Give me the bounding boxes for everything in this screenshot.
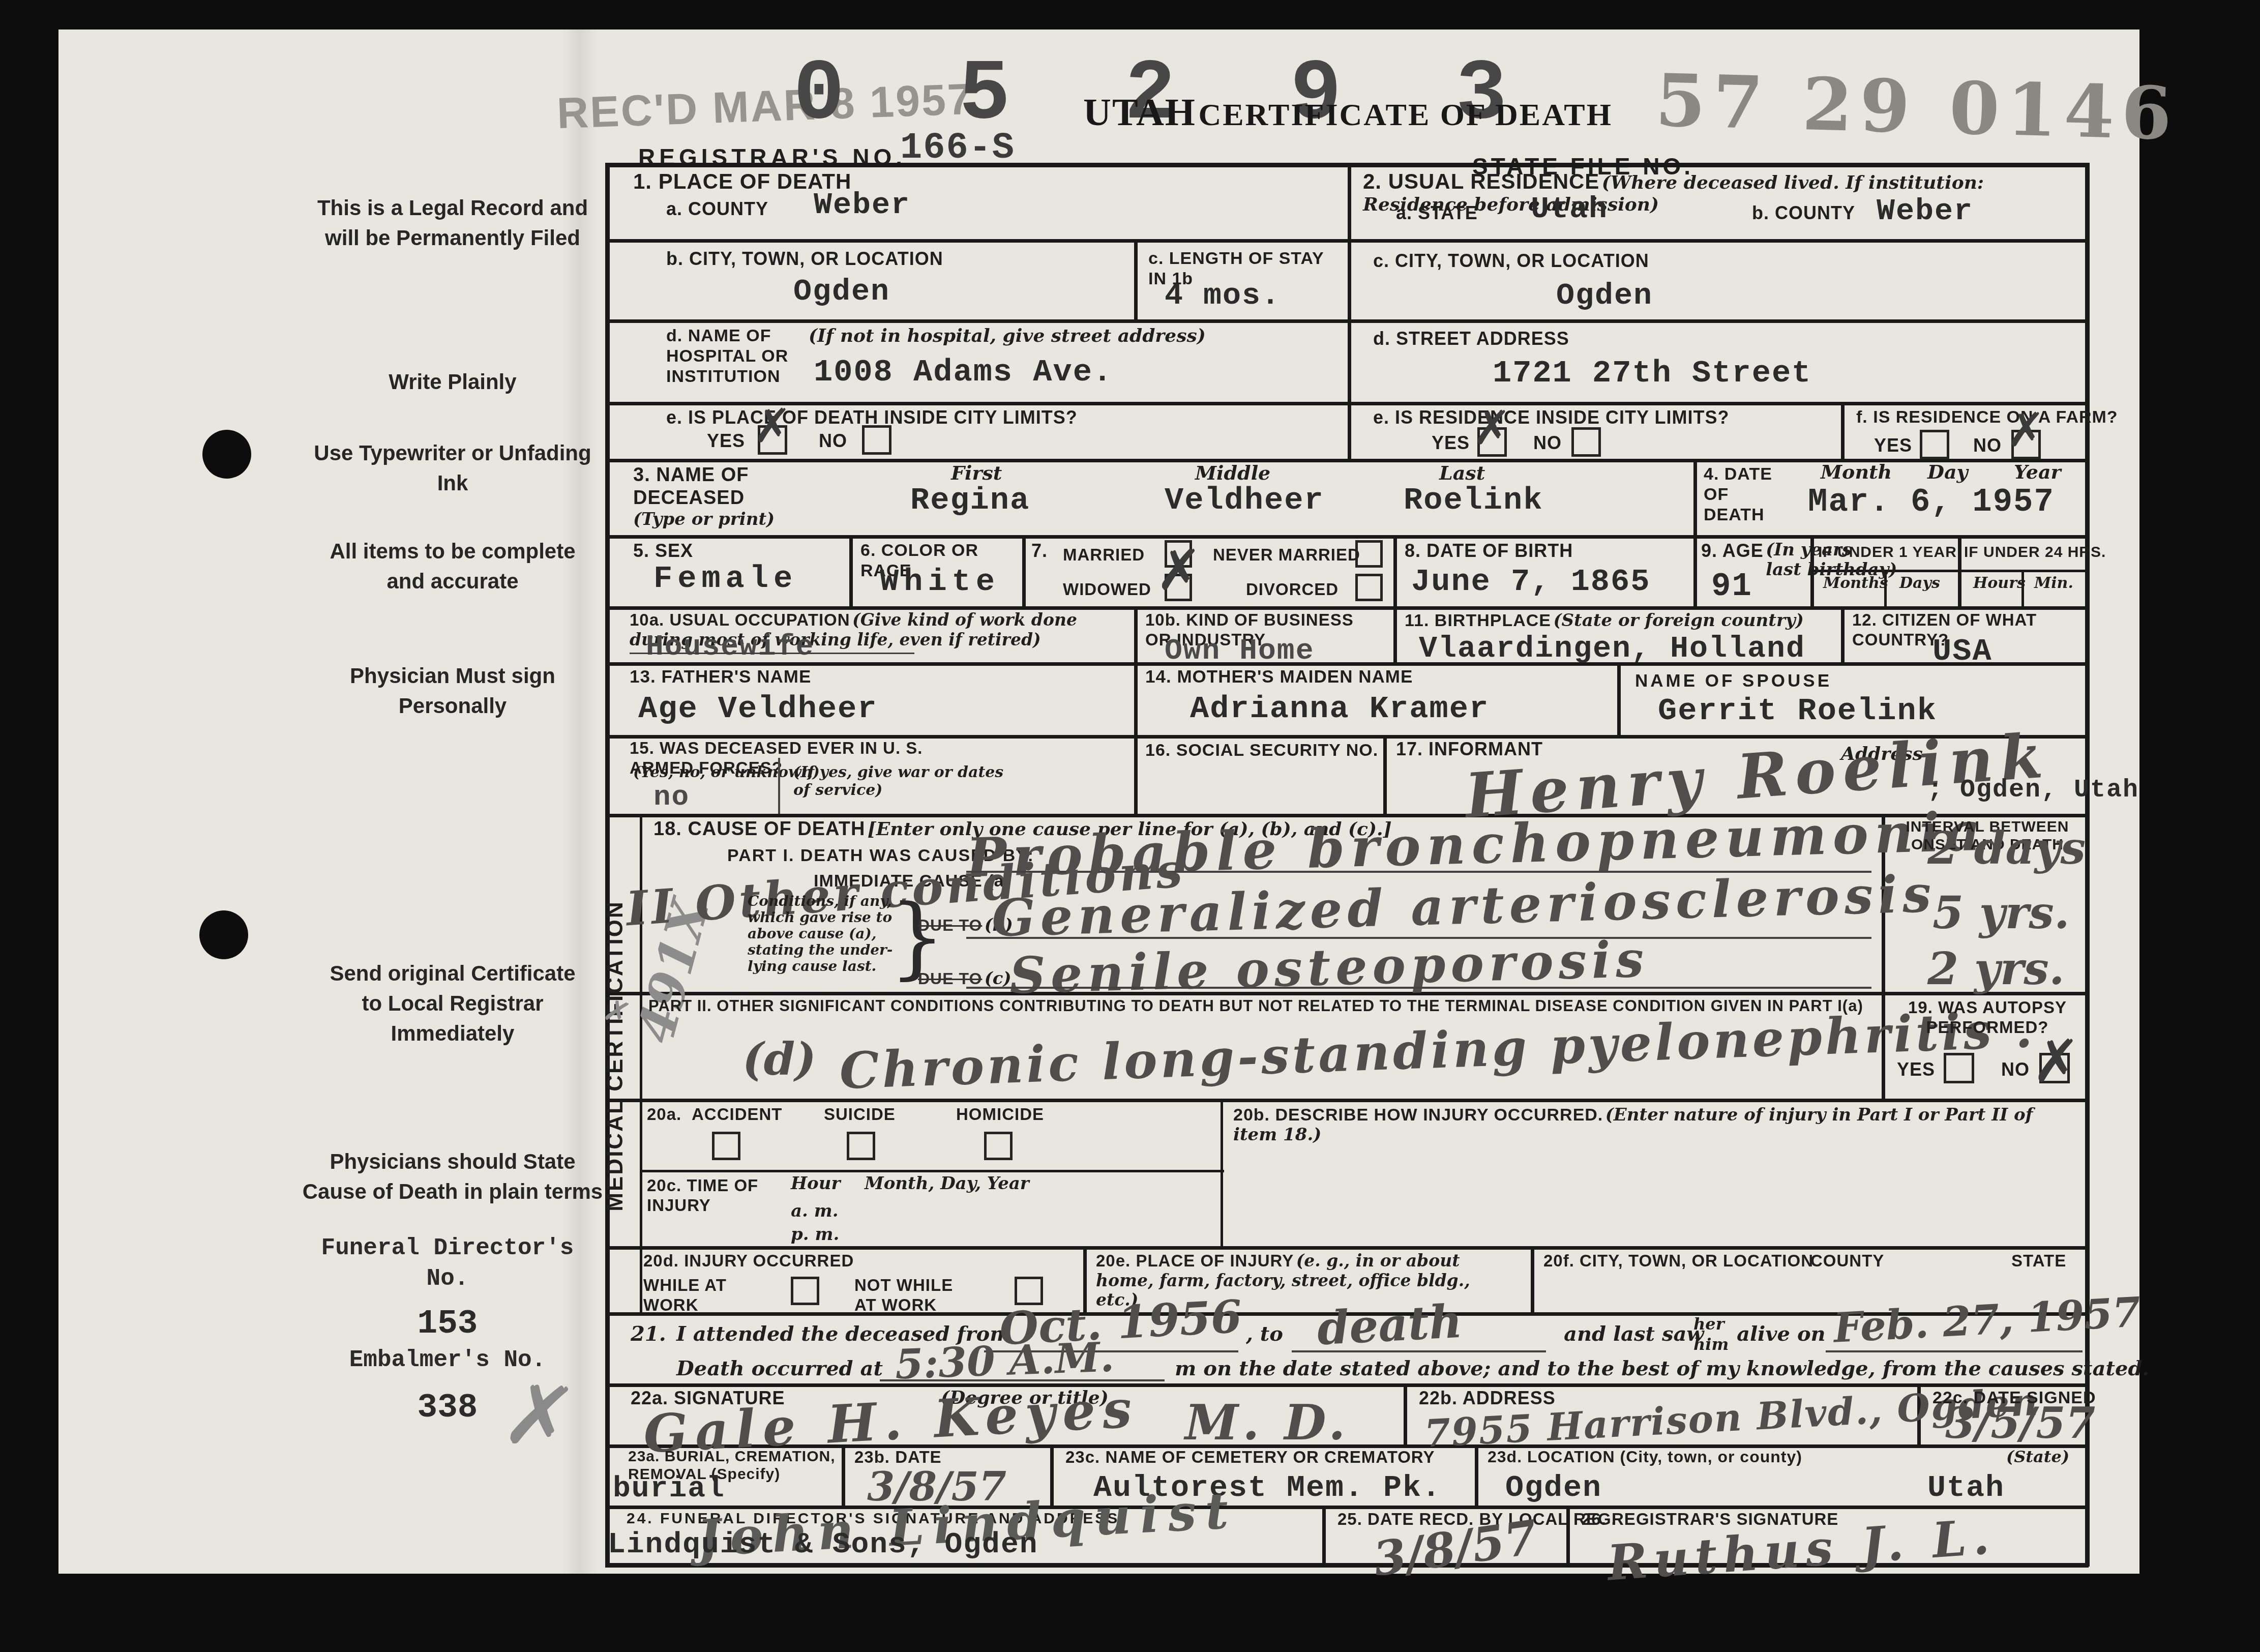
- death-occurred-text: Death occurred at: [676, 1357, 883, 1380]
- item11-birthplace-value: Vlaardingen, Holland: [1419, 632, 1805, 666]
- him-label: him: [1693, 1335, 1729, 1354]
- due-to-c-label: DUE TO (c): [918, 969, 1012, 989]
- month-day-year-label: Month, Day, Year: [865, 1174, 1029, 1194]
- item7-widowed-label: WIDOWED: [1063, 580, 1151, 600]
- homicide-checkbox: [984, 1132, 1013, 1160]
- not-while-at-work-label: NOT WHILE AT WORK: [854, 1276, 953, 1315]
- item2f-no-x-mark: ✗: [2006, 407, 2045, 454]
- county-column-label: COUNTY: [1810, 1251, 1884, 1271]
- am-label: a. m.: [791, 1201, 839, 1221]
- item2b-label: b. COUNTY: [1752, 202, 1855, 224]
- item2d-street-value: 1721 27th Street: [1493, 355, 1811, 391]
- item1d-label: d. NAME OF HOSPITAL OR INSTITUTION: [666, 326, 788, 387]
- item13-label: 13. FATHER'S NAME: [630, 666, 811, 687]
- item2f-label: f. IS RESIDENCE ON A FARM?: [1856, 407, 2118, 427]
- item22b-label: 22b. ADDRESS: [1419, 1388, 1556, 1409]
- margin-note-physician-sign: Physician Must sign Personally: [325, 661, 580, 721]
- item10a-label-bold: 10a. USUAL OCCUPATION: [630, 610, 850, 629]
- item3-note: (Type or print): [633, 510, 775, 529]
- state-paren-label: (State): [2006, 1448, 2069, 1466]
- item23d-label: 23d. LOCATION (City, town, or county): [1488, 1448, 1802, 1467]
- item19-no-x-mark: ✗: [2032, 1032, 2080, 1091]
- title-state: UTAH: [1083, 91, 1196, 134]
- item4-day-label: Day: [1927, 461, 1968, 483]
- burial-value: burial: [613, 1472, 725, 1506]
- while-at-work-checkbox: [791, 1277, 819, 1305]
- item1a-county-value: Weber: [814, 188, 910, 223]
- item5-label: 5. SEX: [633, 540, 693, 562]
- item2f-yes-checkbox: [1920, 430, 1949, 459]
- margin-note-typewriter: Use Typewriter or Unfading Ink: [305, 438, 600, 498]
- conditions-note: Conditions, if any, which gave rise to a…: [748, 893, 900, 975]
- item6-race-value: White: [880, 564, 1000, 600]
- item15-armed-forces-value: no: [653, 781, 690, 813]
- attended-text-3: and last saw: [1564, 1322, 1704, 1346]
- scanned-death-certificate: REC'D MAR 8 1957 0 5 2 9 3 REGISTRAR'S N…: [0, 0, 2260, 1652]
- homicide-label: HOMICIDE: [956, 1105, 1044, 1125]
- certificate-title: UTAH CERTIFICATE OF DEATH: [1083, 91, 1613, 135]
- attended-text-4: alive on: [1737, 1322, 1826, 1346]
- c-paren-label: (c): [985, 968, 1012, 989]
- item1c-stay-value: 4 mos.: [1165, 279, 1281, 313]
- due-to-c-struck: DUE TO: [918, 969, 982, 988]
- item19-yes-checkbox: [1944, 1053, 1974, 1083]
- item14-mother-value: Adrianna Kramer: [1190, 691, 1489, 727]
- item20b-label: 20b. DESCRIBE HOW INJURY OCCURRED. (Ente…: [1233, 1105, 2067, 1145]
- date-signed-value: 3/5/57: [1945, 1398, 2095, 1448]
- item10a-occupation-value: Housewife: [646, 631, 814, 664]
- item1e-no-label: NO: [819, 430, 847, 452]
- physician-degree-value: M. D.: [1185, 1395, 1349, 1451]
- margin-note-plain-terms: Physicians should State Cause of Death i…: [300, 1147, 605, 1207]
- item1b-label: b. CITY, TOWN, OR LOCATION: [666, 248, 943, 270]
- item13-father-value: Age Veldheer: [638, 691, 877, 727]
- item2-title-bold: 2. USUAL RESIDENCE: [1363, 169, 1599, 193]
- burial-city-value: Ogden: [1505, 1471, 1602, 1506]
- item20d-label: 20d. INJURY OCCURRED: [643, 1251, 854, 1271]
- item1e-yes-label: YES: [707, 430, 745, 452]
- item18-label: 18. CAUSE OF DEATH: [653, 818, 865, 840]
- margin-note-send-original: Send original Certificate to Local Regis…: [325, 959, 580, 1048]
- medical-certification-section-label: MEDICAL CERTIFICATION: [602, 827, 629, 1285]
- item8-label: 8. DATE OF BIRTH: [1405, 540, 1573, 562]
- margin-note-legal-record: This is a Legal Record and will be Perma…: [315, 193, 590, 253]
- item23c-label: 23c. NAME OF CEMETERY OR CREMATORY: [1065, 1448, 1435, 1467]
- field-rule-line: [630, 653, 914, 654]
- item2e-yes-label: YES: [1432, 432, 1470, 454]
- item12-citizen-value: USA: [1932, 633, 1993, 669]
- item2c-label: c. CITY, TOWN, OR LOCATION: [1373, 250, 1649, 272]
- item11-label-bold: 11. BIRTHPLACE: [1405, 611, 1551, 630]
- item19-yes-label: YES: [1897, 1059, 1935, 1080]
- item2a-state-value: Utah: [1531, 192, 1608, 227]
- item20c-label: 20c. TIME OF INJURY: [647, 1176, 758, 1216]
- pm-label: p. m.: [791, 1225, 839, 1245]
- cause-d-paren: (d): [742, 1032, 816, 1085]
- item3-middle-value: Veldheer: [1165, 482, 1324, 518]
- title-text: CERTIFICATE OF DEATH: [1198, 98, 1613, 132]
- item7-divorced-checkbox: [1355, 574, 1383, 601]
- item1d-note: (If not in hospital, give street address…: [809, 326, 1206, 346]
- item7-married-label: MARRIED: [1063, 545, 1145, 565]
- interval-a-value: 2 days: [1927, 821, 2086, 874]
- accident-checkbox: [712, 1132, 740, 1160]
- item1a-label: a. COUNTY: [666, 198, 768, 220]
- item7-widowed-x-mark: ✗: [1155, 542, 1202, 598]
- item3-first-value: Regina: [910, 482, 1030, 518]
- state-file-no-stamp: 57 29 0146: [1654, 58, 2180, 157]
- item1d-address-value: 1008 Adams Ave.: [814, 354, 1113, 390]
- item20e-label-bold: 20e. PLACE OF INJURY: [1096, 1251, 1294, 1270]
- item9-under1yr-label: IF UNDER 1 YEAR: [1818, 543, 1957, 561]
- spouse-label: NAME OF SPOUSE: [1635, 670, 1832, 691]
- while-at-work-label: WHILE AT WORK: [643, 1276, 727, 1315]
- item11-label-note: (State or foreign country): [1553, 610, 1803, 631]
- item4-label: 4. DATE OF DEATH: [1704, 464, 1772, 525]
- item3-last-label: Last: [1439, 462, 1485, 484]
- item8-date-of-birth-value: June 7, 1865: [1411, 564, 1650, 600]
- item16-label: 16. SOCIAL SECURITY NO.: [1145, 740, 1378, 760]
- attended-to-value: death: [1316, 1294, 1464, 1356]
- item2d-label: d. STREET ADDRESS: [1373, 328, 1569, 349]
- item3-last-value: Roelink: [1404, 482, 1543, 518]
- item2e-no-checkbox: [1571, 427, 1601, 457]
- due-to-b-struck: DUE TO: [918, 916, 982, 934]
- item9-days-label: Days: [1899, 575, 1940, 593]
- item15-note2: (If yes, give war or dates of service): [793, 764, 1007, 799]
- item4-month-label: Month: [1821, 461, 1892, 483]
- item1e-no-checkbox: [862, 425, 891, 455]
- item2e-yes-x-mark: ✗: [1472, 405, 1511, 452]
- hole-punch: [199, 910, 248, 959]
- item9-min-label: Min.: [2034, 575, 2073, 593]
- item7-number: 7.: [1031, 540, 1048, 562]
- interval-b-value: 5 yrs.: [1932, 886, 2070, 939]
- spouse-value: Gerrit Roelink: [1658, 693, 1937, 729]
- margin-note-write-plainly: Write Plainly: [315, 367, 590, 397]
- item7-never-married-checkbox: [1355, 540, 1383, 568]
- item1e-yes-x-mark: ✗: [753, 403, 792, 450]
- item4-year-label: Year: [2014, 461, 2061, 483]
- item15-note1: (Yes, no, or unknown): [633, 764, 820, 782]
- state-column-label: STATE: [2011, 1251, 2066, 1271]
- form-border: [605, 163, 2089, 167]
- item2e-label: e. IS RESIDENCE INSIDE CITY LIMITS?: [1373, 407, 1729, 428]
- item2a-label: a. STATE: [1396, 202, 1478, 224]
- item3-label: 3. NAME OF DECEASED: [633, 464, 749, 510]
- interval-c-value: 2 yrs.: [1927, 942, 2065, 995]
- item9-label-bold: 9. AGE: [1701, 540, 1764, 561]
- item9-age-value: 91: [1711, 569, 1752, 605]
- suicide-checkbox: [847, 1132, 875, 1160]
- hole-punch: [202, 430, 251, 479]
- hour-label: Hour: [791, 1174, 840, 1194]
- funeral-directors-no-label: Funeral Director's No.: [305, 1233, 590, 1294]
- item11-label: 11. BIRTHPLACE (State or foreign country…: [1405, 610, 1832, 631]
- item20a-number: 20a.: [647, 1105, 681, 1125]
- burial-state-value: Utah: [1927, 1471, 2005, 1506]
- suicide-label: SUICIDE: [824, 1105, 896, 1125]
- pencil-x-mark: ✗: [498, 1369, 582, 1464]
- attended-text-2: , to: [1246, 1322, 1283, 1346]
- item3-middle-label: Middle: [1195, 462, 1270, 484]
- item2e-no-label: NO: [1533, 432, 1562, 454]
- item7-divorced-label: DIVORCED: [1246, 580, 1339, 600]
- item5-sex-value: Female: [653, 560, 797, 597]
- item2f-no-label: NO: [1973, 435, 2002, 456]
- item9-hours-label: Hours: [1973, 575, 2026, 593]
- item9-under24hrs-label: IF UNDER 24 HRS.: [1964, 543, 2106, 561]
- item2f-yes-label: YES: [1874, 435, 1912, 456]
- item21-number: 21.: [631, 1322, 666, 1346]
- item4-date-of-death-value: Mar. 6, 1957: [1808, 484, 2055, 521]
- item9-months-label: Months: [1823, 575, 1888, 593]
- item7-never-married-label: NEVER MARRIED: [1213, 545, 1360, 565]
- item20f-label: 20f. CITY, TOWN, OR LOCATION: [1543, 1251, 1813, 1271]
- item1b-city-value: Ogden: [793, 275, 890, 309]
- item19-no-label: NO: [2001, 1059, 2030, 1080]
- knowledge-text: m on the date stated above; and to the b…: [1175, 1357, 2149, 1380]
- item3-first-label: First: [951, 462, 1002, 484]
- item14-label: 14. MOTHER'S MAIDEN NAME: [1145, 666, 1413, 687]
- item20b-label-bold: 20b. DESCRIBE HOW INJURY OCCURRED.: [1233, 1105, 1603, 1125]
- item10b-business-value: Own Home: [1165, 635, 1314, 668]
- funeral-directors-no-value: 153: [305, 1302, 590, 1346]
- item2b-county-value: Weber: [1877, 194, 1973, 229]
- her-label: her: [1693, 1315, 1724, 1334]
- item2c-city-value: Ogden: [1556, 279, 1653, 313]
- funeral-home-value: Lindquist & Sons, Ogden: [608, 1528, 1038, 1561]
- accident-label: ACCIDENT: [692, 1105, 783, 1125]
- margin-note-complete: All items to be complete and accurate: [325, 537, 580, 597]
